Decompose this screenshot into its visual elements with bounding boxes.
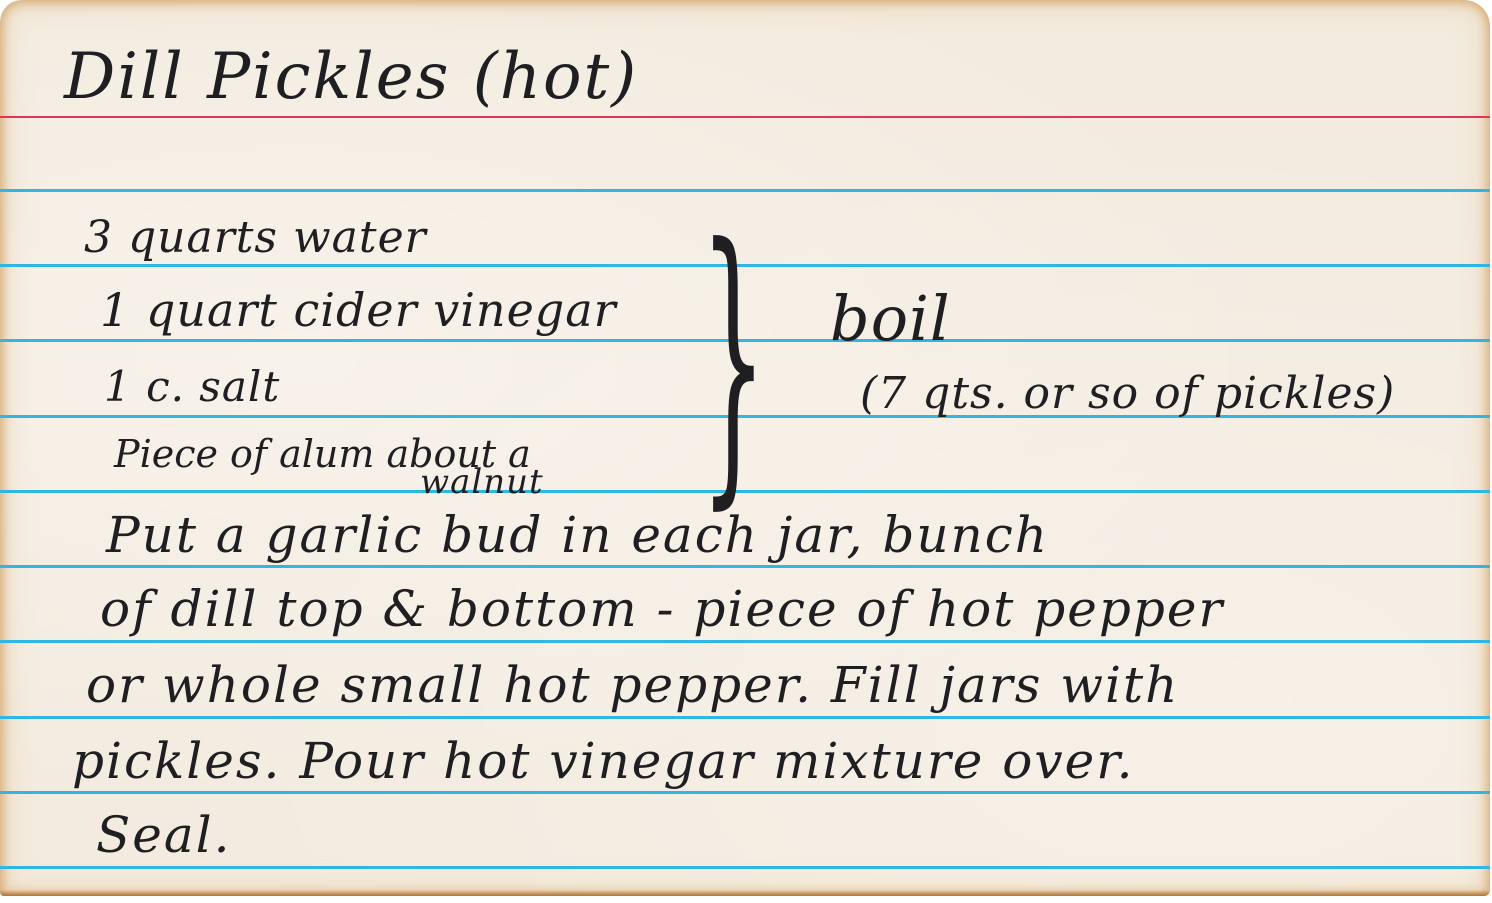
red-header-rule (0, 116, 1490, 118)
blue-rule (0, 866, 1490, 869)
recipe-title: Dill Pickles (hot) (64, 40, 638, 114)
ingredient-salt: 1 c. salt (104, 362, 280, 411)
instruction-line: Seal. (96, 806, 232, 864)
ingredient-vinegar: 1 quart cider vinegar (100, 283, 617, 337)
instruction-line: of dill top & bottom - piece of hot pepp… (100, 580, 1224, 638)
instruction-line: Put a garlic bud in each jar, bunch (106, 506, 1049, 564)
instruction-line: pickles. Pour hot vinegar mixture over. (72, 732, 1135, 790)
recipe-card: Dill Pickles (hot) 3 quarts water 1 quar… (0, 0, 1490, 896)
curly-brace: } (700, 210, 767, 510)
ingredient-water: 3 quarts water (84, 212, 427, 263)
blue-rule (0, 565, 1490, 568)
ingredient-alum-continuation: walnut (420, 462, 544, 502)
boil-note: boil (830, 282, 951, 355)
blue-rule (0, 791, 1490, 794)
instruction-line: or whole small hot pepper. Fill jars wit… (86, 656, 1179, 714)
blue-rule (0, 716, 1490, 719)
yield-note: (7 qts. or so of pickles) (860, 368, 1395, 419)
blue-rule (0, 640, 1490, 643)
